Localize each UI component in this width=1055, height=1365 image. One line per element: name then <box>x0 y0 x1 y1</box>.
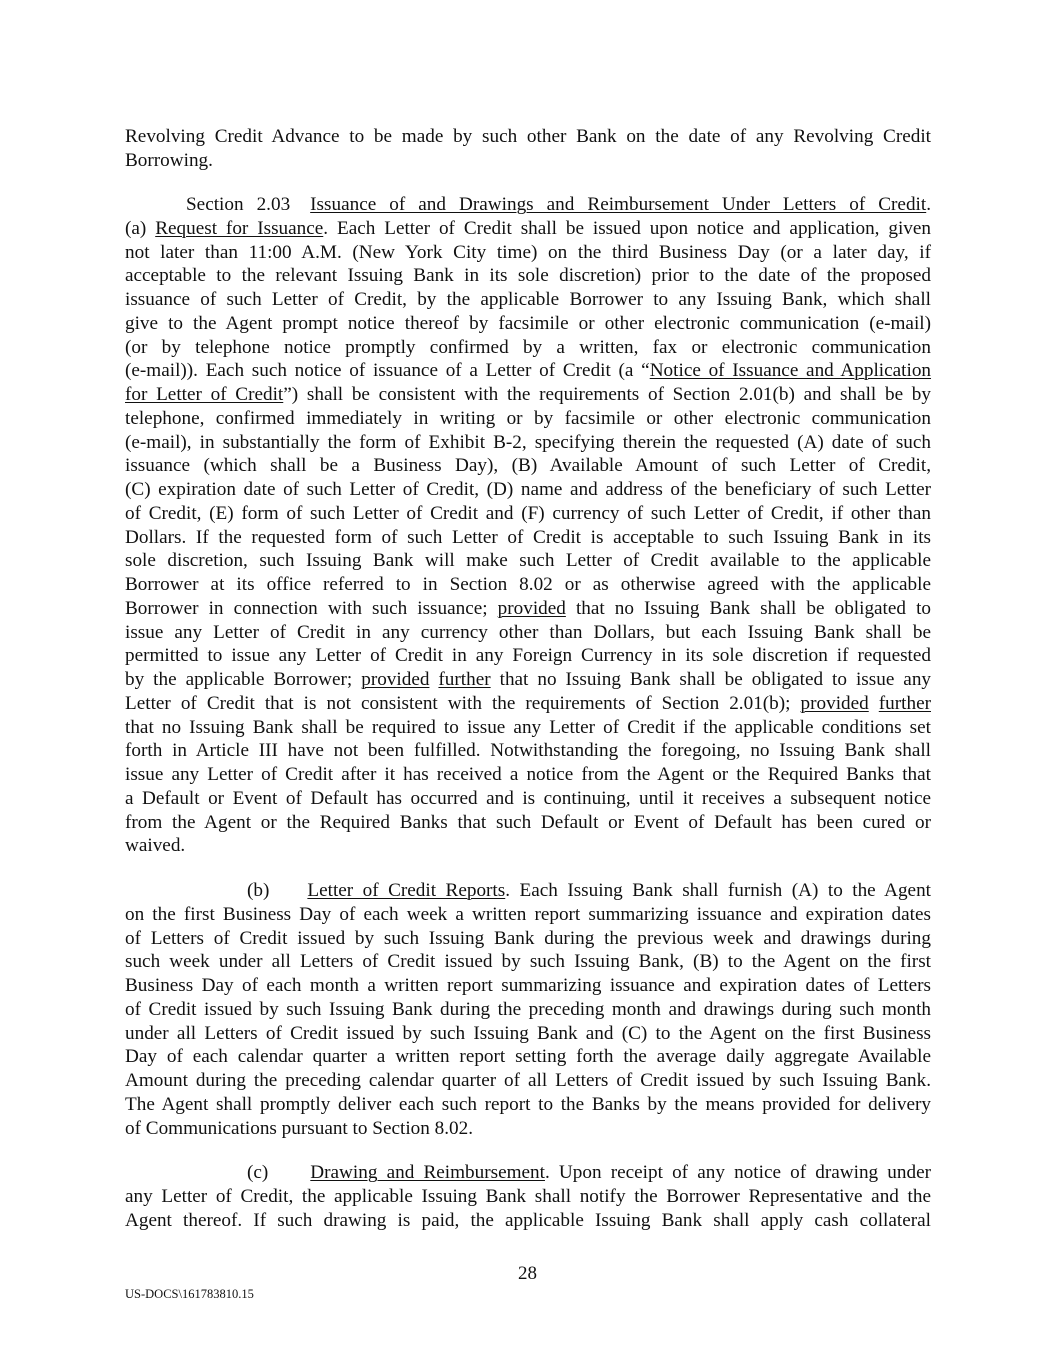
subsection-heading: Letter of Credit Reports <box>307 880 505 901</box>
text-span: . Each Issuing Bank shall furnish (A) to… <box>505 880 931 901</box>
text-line: under all Letters of Credit issued by su… <box>125 1022 931 1046</box>
text-line: Borrower at its office referred to in Se… <box>125 573 931 597</box>
text-line: (b)Letter of Credit Reports. Each Issuin… <box>125 879 931 903</box>
text-line: Amount during the preceding calendar qua… <box>125 1069 931 1093</box>
subsection-heading: Request for Issuance <box>155 218 323 239</box>
text-line: give to the Agent prompt notice thereof … <box>125 312 931 336</box>
text-line: of Credit, (E) form of such Letter of Cr… <box>125 502 931 526</box>
text-line: of Credit issued by such Issuing Bank du… <box>125 998 931 1022</box>
text-line: such week under all Letters of Credit is… <box>125 950 931 974</box>
text-line: that no Issuing Bank shall be required t… <box>125 716 931 740</box>
text-span: by the applicable Borrower; <box>125 669 361 690</box>
text-span: Letter of Credit that is not consistent … <box>125 693 801 714</box>
text-span: Borrower in connection with such issuanc… <box>125 598 498 619</box>
text-span: that no Issuing Bank shall be obligated … <box>491 669 931 690</box>
text-line: Agent thereof. If such drawing is paid, … <box>125 1209 931 1233</box>
text-line: issue any Letter of Credit in any curren… <box>125 621 931 645</box>
text-line: Dollars. If the requested form of such L… <box>125 526 931 550</box>
text-line: Borrower in connection with such issuanc… <box>125 597 931 621</box>
text-line: from the Agent or the Required Banks tha… <box>125 811 931 835</box>
emphasis-provided: provided <box>361 669 429 690</box>
text-line: Borrowing. <box>125 149 931 173</box>
text-line: (a) Request for Issuance. Each Letter of… <box>125 217 931 241</box>
text-line: waived. <box>125 834 931 858</box>
text-span: ”) shall be consistent with the requirem… <box>283 384 931 405</box>
text-line: sole discretion, such Issuing Bank will … <box>125 549 931 573</box>
document-id: US-DOCS\161783810.15 <box>125 1287 254 1302</box>
emphasis-further: further <box>438 669 490 690</box>
subsection-label: (a) <box>125 218 155 239</box>
emphasis-provided: provided <box>498 598 566 619</box>
text-line: (c)Drawing and Reimbursement. Upon recei… <box>125 1161 931 1185</box>
intro-paragraph: Revolving Credit Advance to be made by s… <box>125 125 931 173</box>
text-line: Day of each calendar quarter a written r… <box>125 1045 931 1069</box>
paragraph-c: (c)Drawing and Reimbursement. Upon recei… <box>125 1161 931 1232</box>
text-line: for Letter of Credit”) shall be consiste… <box>125 383 931 407</box>
emphasis-further: further <box>879 693 931 714</box>
text-line: telephone, confirmed immediately in writ… <box>125 407 931 431</box>
text-line: of Communications pursuant to Section 8.… <box>125 1117 931 1141</box>
text-span: . Upon receipt of any notice of drawing … <box>545 1162 931 1183</box>
defined-term: Notice of Issuance and Application <box>650 360 931 381</box>
subsection-label: (b) <box>247 880 269 901</box>
section-2-03: Section 2.03Issuance of and Drawings and… <box>125 193 931 858</box>
emphasis-provided: provided <box>801 693 869 714</box>
text-line: (or by telephone notice promptly confirm… <box>125 336 931 360</box>
section-heading-line: Section 2.03Issuance of and Drawings and… <box>125 193 931 217</box>
text-line: Business Day of each month a written rep… <box>125 974 931 998</box>
text-line: on the first Business Day of each week a… <box>125 903 931 927</box>
defined-term: for Letter of Credit <box>125 384 283 405</box>
text-span: that no Issuing Bank shall be obligated … <box>566 598 931 619</box>
text-line: (C) expiration date of such Letter of Cr… <box>125 478 931 502</box>
text-span: . Each Letter of Credit shall be issued … <box>323 218 931 239</box>
text-span: (e-mail)). Each such notice of issuance … <box>125 360 650 381</box>
document-page: Revolving Credit Advance to be made by s… <box>0 0 1055 1365</box>
text-line: of Letters of Credit issued by such Issu… <box>125 927 931 951</box>
subsection-label: (c) <box>247 1162 268 1183</box>
text-line: issue any Letter of Credit after it has … <box>125 763 931 787</box>
paragraph-b: (b)Letter of Credit Reports. Each Issuin… <box>125 879 931 1140</box>
text-line: a Default or Event of Default has occurr… <box>125 787 931 811</box>
text-line: acceptable to the relevant Issuing Bank … <box>125 264 931 288</box>
text-line: forth in Article III have not been fulfi… <box>125 739 931 763</box>
text-line: permitted to issue any Letter of Credit … <box>125 644 931 668</box>
punctuation: . <box>926 194 931 215</box>
section-heading: Issuance of and Drawings and Reimburseme… <box>310 194 926 215</box>
text-line: Revolving Credit Advance to be made by s… <box>125 125 931 149</box>
page-number: 28 <box>0 1263 1055 1285</box>
section-number: Section 2.03 <box>186 194 290 215</box>
text-line: Letter of Credit that is not consistent … <box>125 692 931 716</box>
text-line: any Letter of Credit, the applicable Iss… <box>125 1185 931 1209</box>
text-line: The Agent shall promptly deliver each su… <box>125 1093 931 1117</box>
text-line: issuance (which shall be a Business Day)… <box>125 454 931 478</box>
text-line: issuance of such Letter of Credit, by th… <box>125 288 931 312</box>
text-line: (e-mail)). Each such notice of issuance … <box>125 359 931 383</box>
text-line: by the applicable Borrower; provided fur… <box>125 668 931 692</box>
text-line: (e-mail), in substantially the form of E… <box>125 431 931 455</box>
subsection-heading: Drawing and Reimbursement <box>310 1162 545 1183</box>
text-line: not later than 11:00 A.M. (New York City… <box>125 241 931 265</box>
